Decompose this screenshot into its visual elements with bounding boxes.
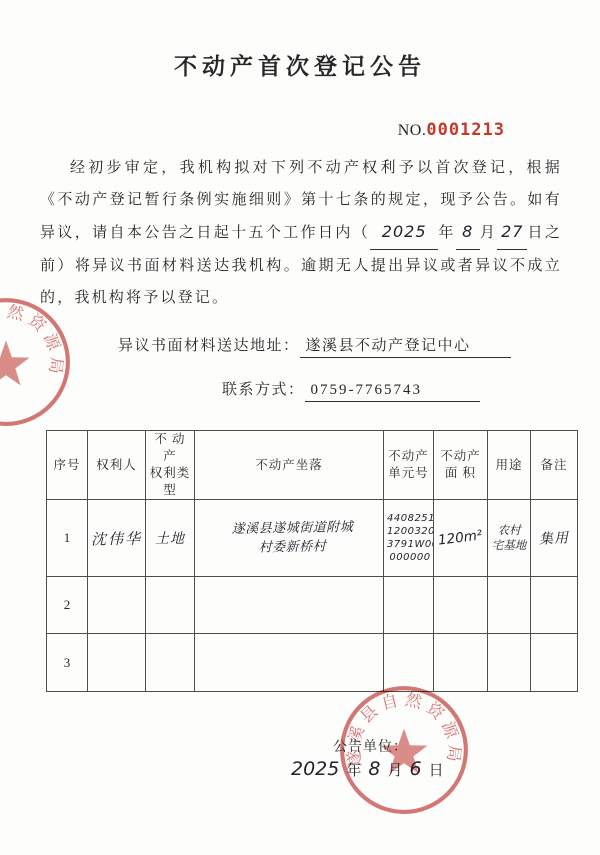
empty-cell	[88, 577, 146, 634]
deadline-month-blank: 8	[456, 216, 480, 250]
empty-cell	[195, 577, 384, 634]
cell-holder-1: 沈伟华	[88, 500, 146, 577]
empty-cell	[488, 577, 531, 634]
unit-no-line3-handwritten: 3791W00	[384, 538, 433, 551]
empty-cell	[88, 634, 146, 692]
contact-label: 联系方式：	[222, 382, 305, 398]
deadline-year-blank: 2025	[370, 216, 438, 250]
header-usage-label: 用途	[488, 457, 530, 474]
cell-remark-1: 集用	[531, 500, 578, 577]
date-day-handwritten: 6	[409, 758, 421, 780]
deadline-month-handwritten: 8	[462, 222, 473, 241]
empty-cell	[531, 577, 578, 634]
announcement-number: NO.0001213	[398, 120, 505, 140]
header-remark: 备注	[531, 431, 578, 500]
unit-no-line2-handwritten: 1200320	[384, 525, 433, 538]
header-area-line2: 面 积	[434, 465, 487, 482]
announcing-unit-label: 公告单位：	[333, 736, 408, 756]
announcement-page: 遂溪县自然资源局 不动产首次登记公告 NO.0001213 经初步审定，我机构拟…	[0, 0, 600, 855]
date-year-unit: 年	[346, 763, 361, 779]
cell-location-1: 遂溪县遂城街道附城 村委新桥村	[195, 500, 384, 577]
right-type-handwritten: 土地	[155, 528, 185, 548]
cell-seq-2: 2	[47, 577, 88, 634]
remark-handwritten: 集用	[538, 527, 569, 549]
area-handwritten: 120m²	[438, 527, 484, 548]
deadline-year-handwritten: 2025	[382, 222, 427, 241]
unit-no-line1-handwritten: 44082510	[384, 512, 433, 525]
empty-cell	[434, 577, 488, 634]
header-right-type: 不 动 产权利类型	[146, 431, 195, 500]
header-area: 不动产面 积	[434, 431, 488, 500]
cell-area-1: 120m²	[434, 500, 488, 577]
cell-unit-no-1: 44082510 1200320 3791W00 000000	[384, 500, 434, 577]
cell-usage-1: 农村 宅基地	[488, 500, 531, 577]
header-holder: 权利人	[88, 431, 146, 500]
deadline-day-handwritten: 27	[501, 222, 523, 241]
usage-line2-handwritten: 宅基地	[488, 538, 530, 553]
header-remark-label: 备注	[531, 457, 577, 474]
empty-cell	[531, 634, 578, 692]
table-row: 2	[47, 577, 578, 634]
cell-seq-1: 1	[47, 500, 88, 577]
year-unit-label: 年	[438, 225, 456, 241]
page-title: 不动产首次登记公告	[0, 48, 600, 81]
address-line: 异议书面材料送达地址：遂溪县不动产登记中心	[118, 334, 511, 355]
contact-line: 联系方式：0759-7765743	[222, 378, 480, 399]
header-usage: 用途	[488, 431, 531, 500]
month-unit-label: 月	[480, 225, 498, 241]
header-holder-label: 权利人	[88, 457, 145, 474]
empty-cell	[384, 577, 434, 634]
usage-line1-handwritten: 农村	[488, 523, 530, 538]
table-row: 3	[47, 634, 578, 692]
date-year-handwritten: 2025	[291, 758, 339, 780]
address-value: 遂溪县不动产登记中心	[300, 338, 511, 358]
date-month-handwritten: 8	[368, 758, 380, 780]
empty-cell	[488, 634, 531, 692]
header-area-line1: 不动产	[434, 448, 487, 465]
header-right-type-line1: 不 动 产	[146, 431, 194, 465]
deadline-day-blank: 27	[497, 216, 527, 250]
cell-right-type-1: 土地	[146, 500, 195, 577]
official-seal-partial: 遂溪县自然资源局	[0, 296, 72, 428]
header-location-label: 不动产坐落	[195, 457, 383, 474]
seal-star-icon	[0, 341, 30, 386]
empty-cell	[384, 634, 434, 692]
address-label: 异议书面材料送达地址：	[118, 338, 300, 354]
contact-value: 0759-7765743	[305, 382, 481, 402]
empty-cell	[146, 634, 195, 692]
cell-seq-3: 3	[47, 634, 88, 692]
location-line2-handwritten: 村委新桥村	[195, 536, 383, 558]
holder-handwritten: 沈伟华	[91, 527, 142, 549]
unit-no-line4-handwritten: 000000	[384, 551, 433, 564]
registration-table: 序号 权利人 不 动 产权利类型 不动产坐落 不动产单元号 不动产面 积 用途 …	[46, 430, 578, 692]
table-header-row: 序号 权利人 不 动 产权利类型 不动产坐落 不动产单元号 不动产面 积 用途 …	[47, 431, 578, 500]
empty-cell	[434, 634, 488, 692]
official-seal-partial-graphic: 遂溪县自然资源局	[0, 296, 72, 428]
no-value: 0001213	[426, 120, 505, 140]
date-month-unit: 月	[387, 763, 402, 779]
date-day-unit: 日	[429, 763, 444, 779]
header-unit-no-line1: 不动产	[384, 448, 433, 465]
empty-cell	[195, 634, 384, 692]
announcement-date: 2025年8月6日	[291, 758, 451, 780]
no-label: NO.	[398, 122, 427, 139]
header-location: 不动产坐落	[195, 431, 384, 500]
table-row: 1 沈伟华 土地 遂溪县遂城街道附城 村委新桥村 44082510 120032…	[47, 500, 578, 577]
body-paragraph: 经初步审定，我机构拟对下列不动产权利予以首次登记，根据《不动产登记暂行条例实施细…	[40, 152, 562, 314]
empty-cell	[146, 577, 195, 634]
header-right-type-line2: 权利类型	[146, 465, 194, 499]
header-seq-label: 序号	[47, 457, 87, 474]
header-seq: 序号	[47, 431, 88, 500]
header-unit-no: 不动产单元号	[384, 431, 434, 500]
header-unit-no-line2: 单元号	[384, 465, 433, 482]
